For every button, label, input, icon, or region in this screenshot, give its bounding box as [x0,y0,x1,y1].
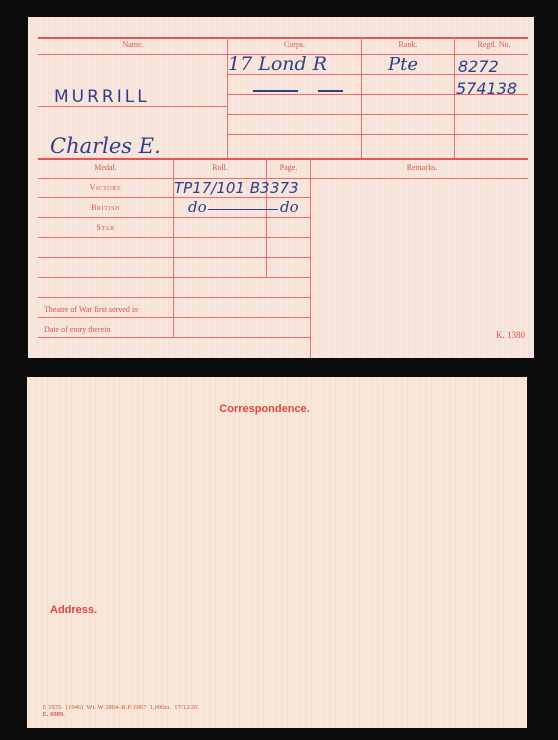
header-medal: Medal. [38,163,173,172]
regtl-no-2: 574138 [456,79,517,98]
form-code: K. 1380 [496,330,525,340]
rank-entry: Pte [388,54,418,75]
rule [228,114,528,115]
page-british: do [280,198,299,216]
header-corps: Corps. [228,40,361,49]
rule [310,158,311,358]
header-page: Page. [267,163,310,172]
address-label: Address. [50,604,97,616]
page-victory: 373 [270,179,299,197]
corps-entry: 17 Lond R [228,53,327,75]
medal-index-card-back: Correspondence. Address. E 1935. (1946) … [27,377,527,728]
header-remarks: Remarks. [311,163,533,172]
ditto-line [208,209,278,210]
rule [228,134,528,135]
theatre-of-war-label: Theatre of War first served in [44,305,138,314]
medal-star: Star [38,223,173,232]
rule [454,37,455,158]
header-regtl-no: Regtl. No. [455,40,533,49]
medal-index-card-front: Name. Corps. Rank. Regtl. No. MURRILL Ch… [28,17,534,358]
roll-british: do [188,198,207,216]
surname: MURRILL [54,87,150,107]
rule [361,37,362,158]
forename: Charles E. [50,134,161,158]
rule [38,158,528,160]
printer-details: E 1935. (1946) Wt. W 2884–R.P. 6967 1,00… [43,704,200,711]
printer-code: E. 6989. [43,711,65,718]
header-rank: Rank. [362,40,454,49]
roll-victory: TP17/101 B3 [174,179,270,197]
regtl-no-1: 8272 [458,57,499,76]
header-roll: Roll. [174,163,266,172]
correspondence-heading: Correspondence. [27,403,502,415]
printer-imprint: E 1935. (1946) Wt. W 2884–R.P. 6967 1,00… [36,697,199,725]
rule [266,158,267,278]
medal-british: British [38,203,173,212]
date-of-entry-label: Date of entry therein [44,325,110,334]
header-name: Name. [38,40,228,49]
medal-victory: Victory [38,183,173,192]
ditto-mark [318,90,343,92]
ditto-mark [253,90,298,92]
